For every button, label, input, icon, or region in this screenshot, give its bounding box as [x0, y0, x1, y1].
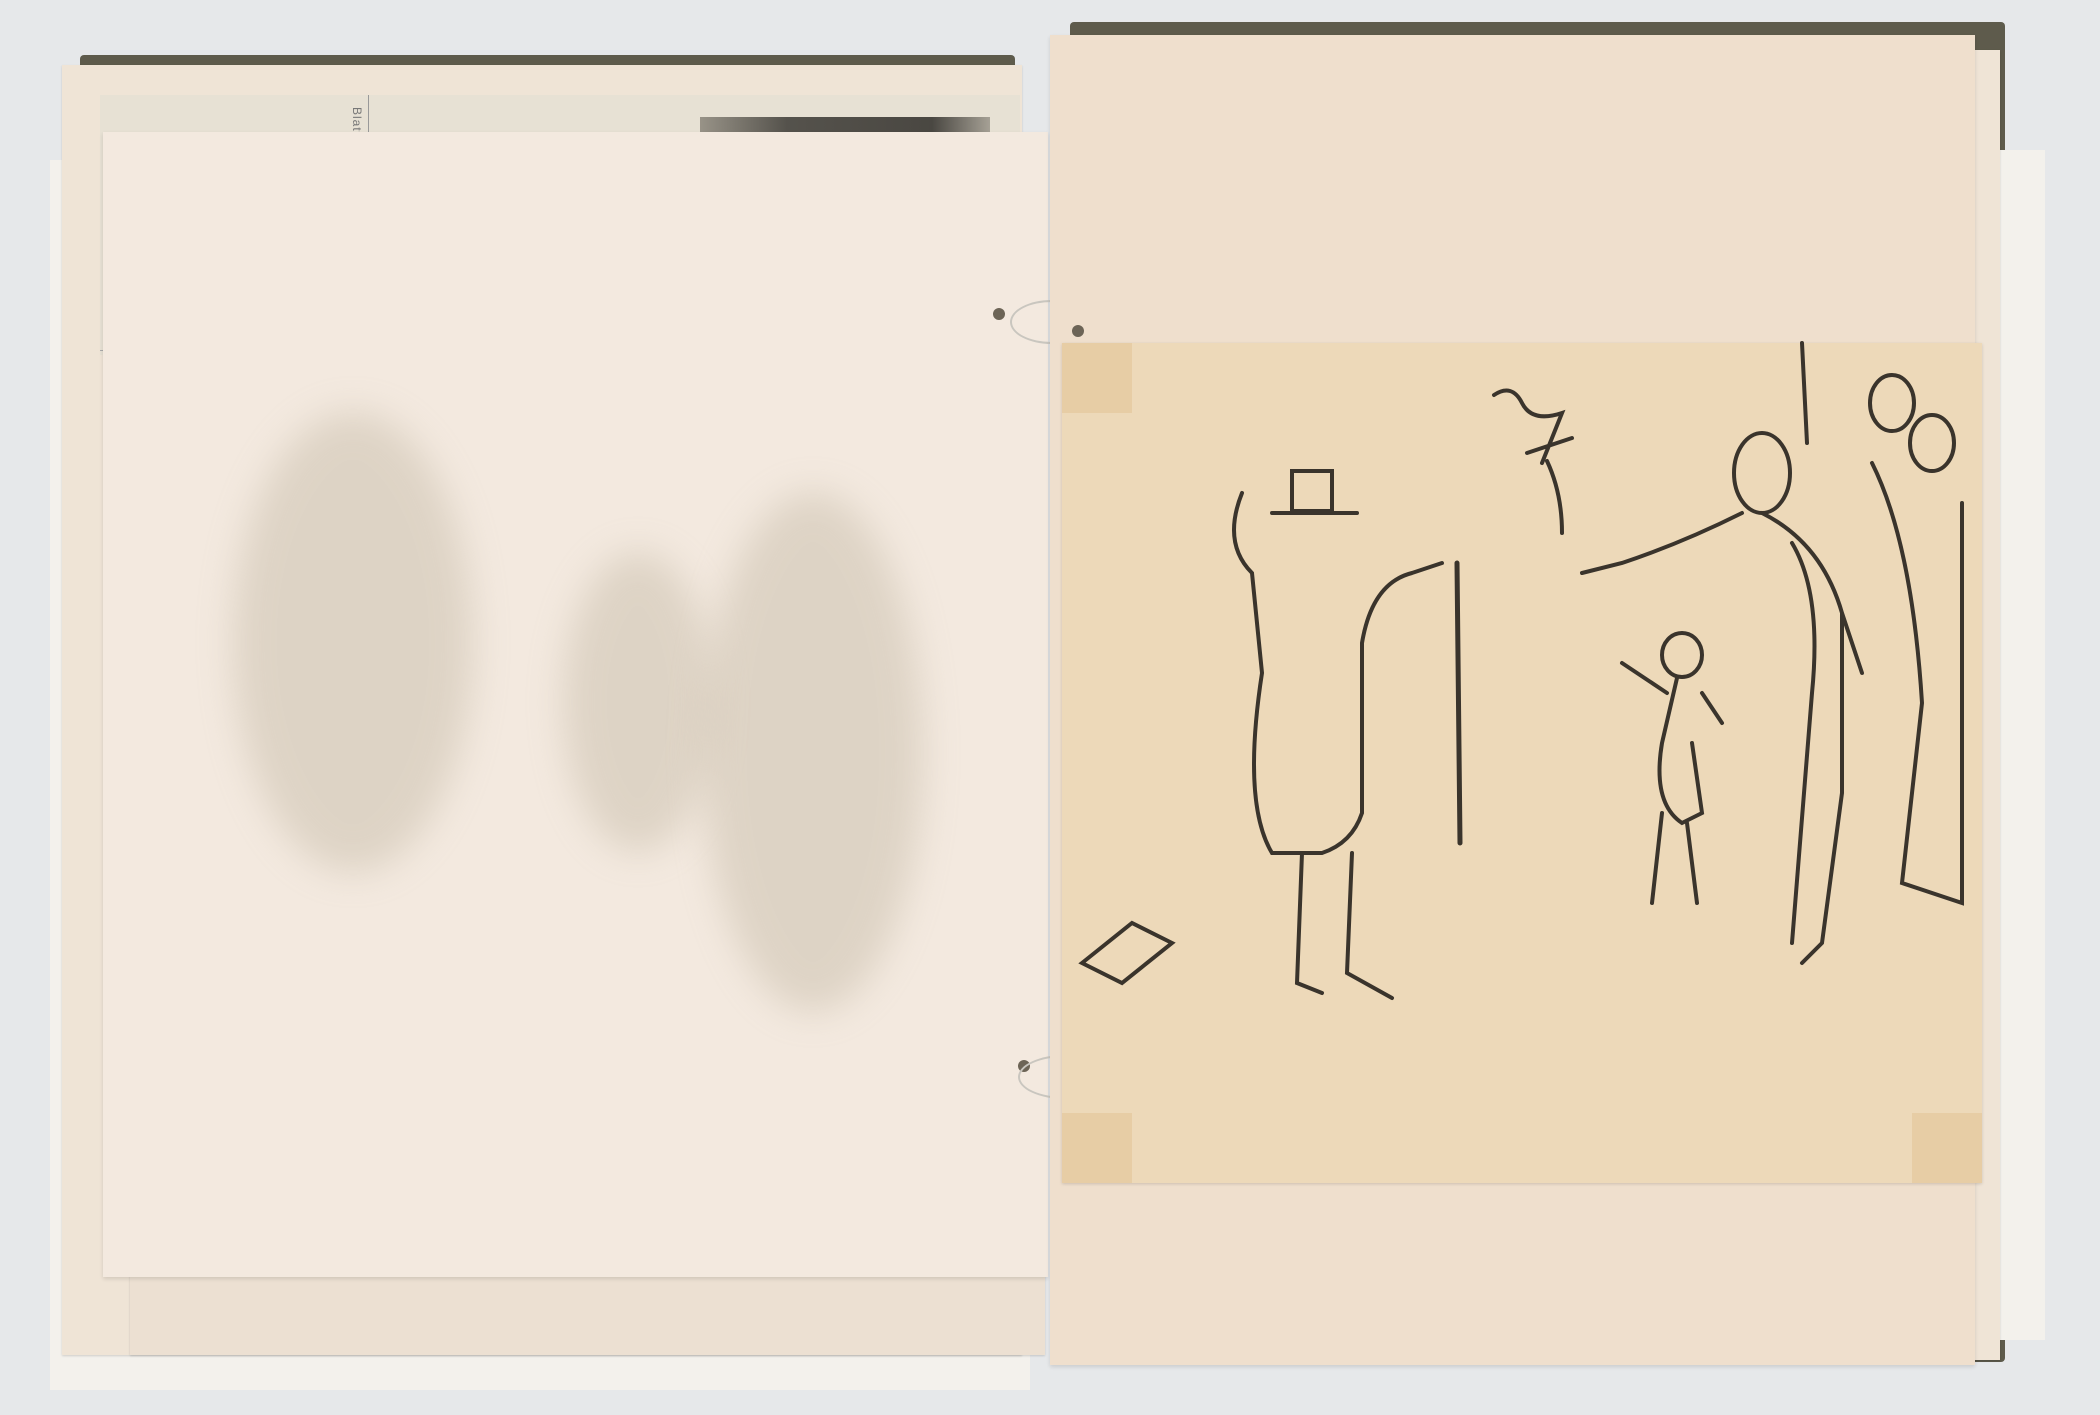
binding-hole-top: [1072, 325, 1084, 337]
offset-smudge: [563, 552, 713, 852]
left-page[interactable]: [103, 132, 1048, 1277]
offset-smudge: [703, 492, 923, 1012]
charcoal-drawing[interactable]: [1062, 343, 1982, 1183]
drawing-sketch: [1062, 343, 1982, 1183]
offset-smudge: [233, 412, 473, 872]
binding-hole-top: [993, 308, 1005, 320]
